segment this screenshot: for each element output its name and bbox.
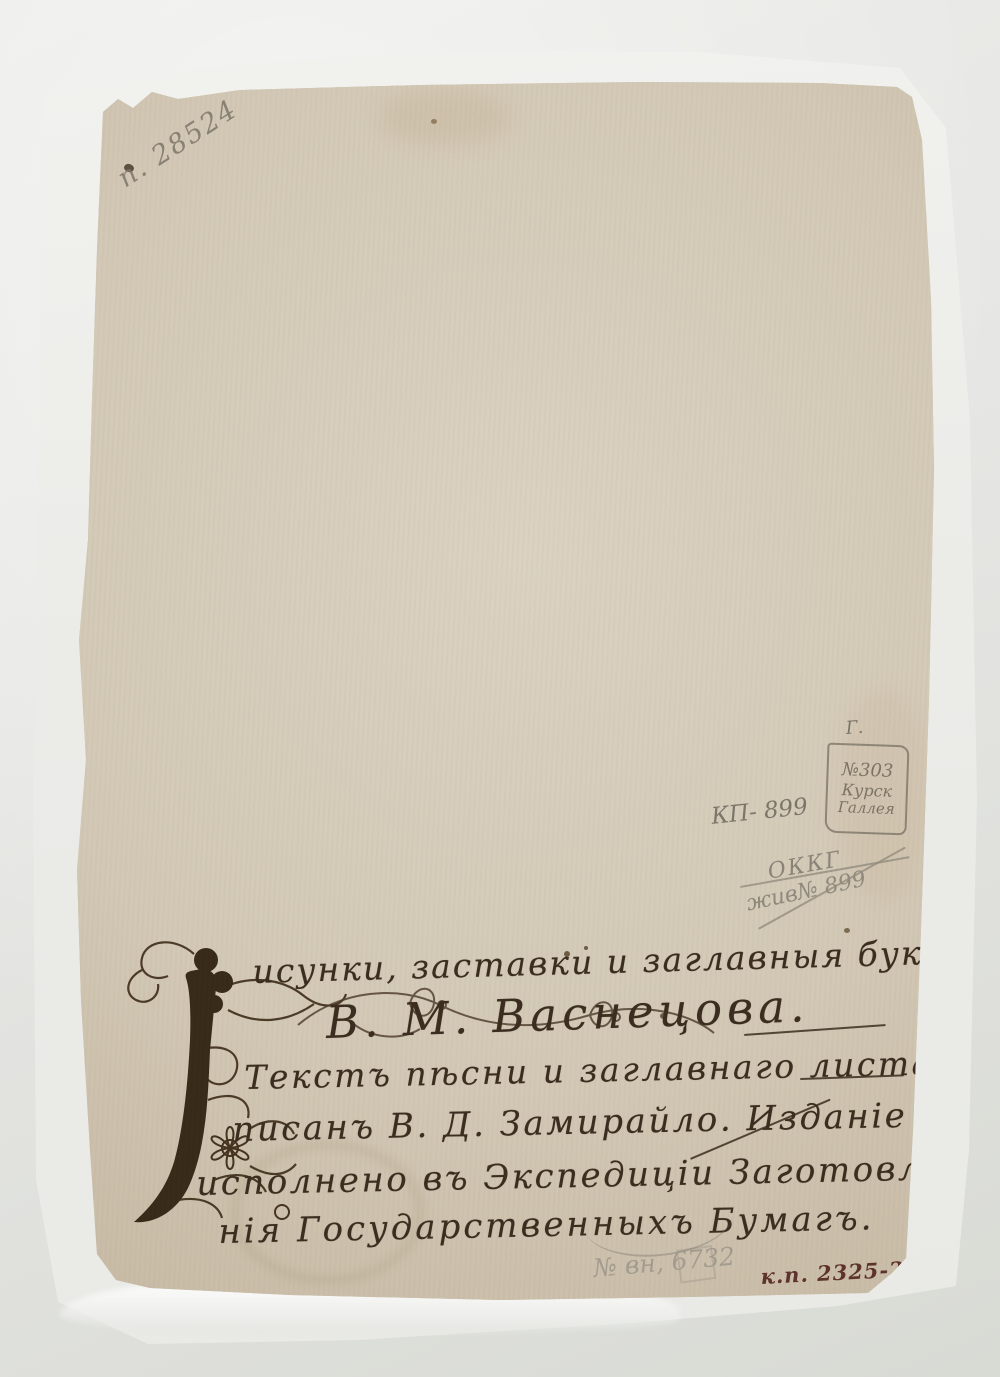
museum-stamp: №303 Курск Галлея bbox=[824, 743, 909, 836]
pen-flourish bbox=[800, 1074, 904, 1080]
paper-stain bbox=[431, 119, 437, 124]
strike-line-diagonal bbox=[758, 847, 906, 930]
vine-ornament bbox=[290, 975, 720, 1055]
ornate-initial-ornament bbox=[118, 930, 358, 1240]
pen-flourish bbox=[690, 1099, 831, 1160]
photo-backdrop: п. 28524 КП- 899 Г. №303 Курск Галлея ОК… bbox=[0, 0, 1000, 1377]
pencil-arc bbox=[583, 1204, 737, 1263]
calligraphy-line: В. М. Васнецова. bbox=[325, 979, 810, 1049]
water-stain bbox=[230, 1140, 425, 1285]
calligraphy-line: нія Государственныхъ Бумагъ. bbox=[218, 1198, 875, 1252]
calligraphy-line: исунки, заставки и заглавныя буквы — bbox=[252, 931, 1000, 991]
calligraphy-line: писанъ В. Д. Замирайло. Изданіе bbox=[232, 1096, 908, 1150]
inventory-number-pencil: п. 28524 bbox=[112, 94, 243, 194]
paper-stain bbox=[564, 951, 570, 957]
paper-stain bbox=[584, 946, 588, 950]
paper-discoloration bbox=[380, 92, 510, 144]
calligraphy-line: Текстъ пѣсни и заглавнаго листа bbox=[244, 1044, 934, 1097]
calligraphy-line: исполнено въ Экспедиціи Заготовле- bbox=[196, 1148, 959, 1204]
paper-discoloration bbox=[838, 690, 928, 900]
internal-number: № вн, 6732 bbox=[592, 1242, 736, 1283]
pen-flourish bbox=[744, 1024, 886, 1036]
paper-stain bbox=[844, 928, 850, 933]
stamp-letter: Г. bbox=[845, 717, 864, 739]
kp-number: КП- 899 bbox=[710, 794, 809, 830]
paper-stain bbox=[660, 1013, 667, 1019]
pencil-scribble-box bbox=[676, 1245, 716, 1284]
strike-line bbox=[740, 856, 910, 888]
paper-stain bbox=[123, 163, 135, 174]
stamp-city: Курск bbox=[828, 780, 907, 800]
stamp-number: №303 bbox=[828, 760, 907, 783]
manuscript-page: п. 28524 КП- 899 Г. №303 Курск Галлея ОК… bbox=[0, 0, 1000, 1377]
struck-number: жив№ 899 bbox=[744, 867, 868, 917]
struck-abbreviation: ОККГ bbox=[766, 847, 844, 885]
stamp-gallery: Галлея bbox=[827, 799, 906, 818]
